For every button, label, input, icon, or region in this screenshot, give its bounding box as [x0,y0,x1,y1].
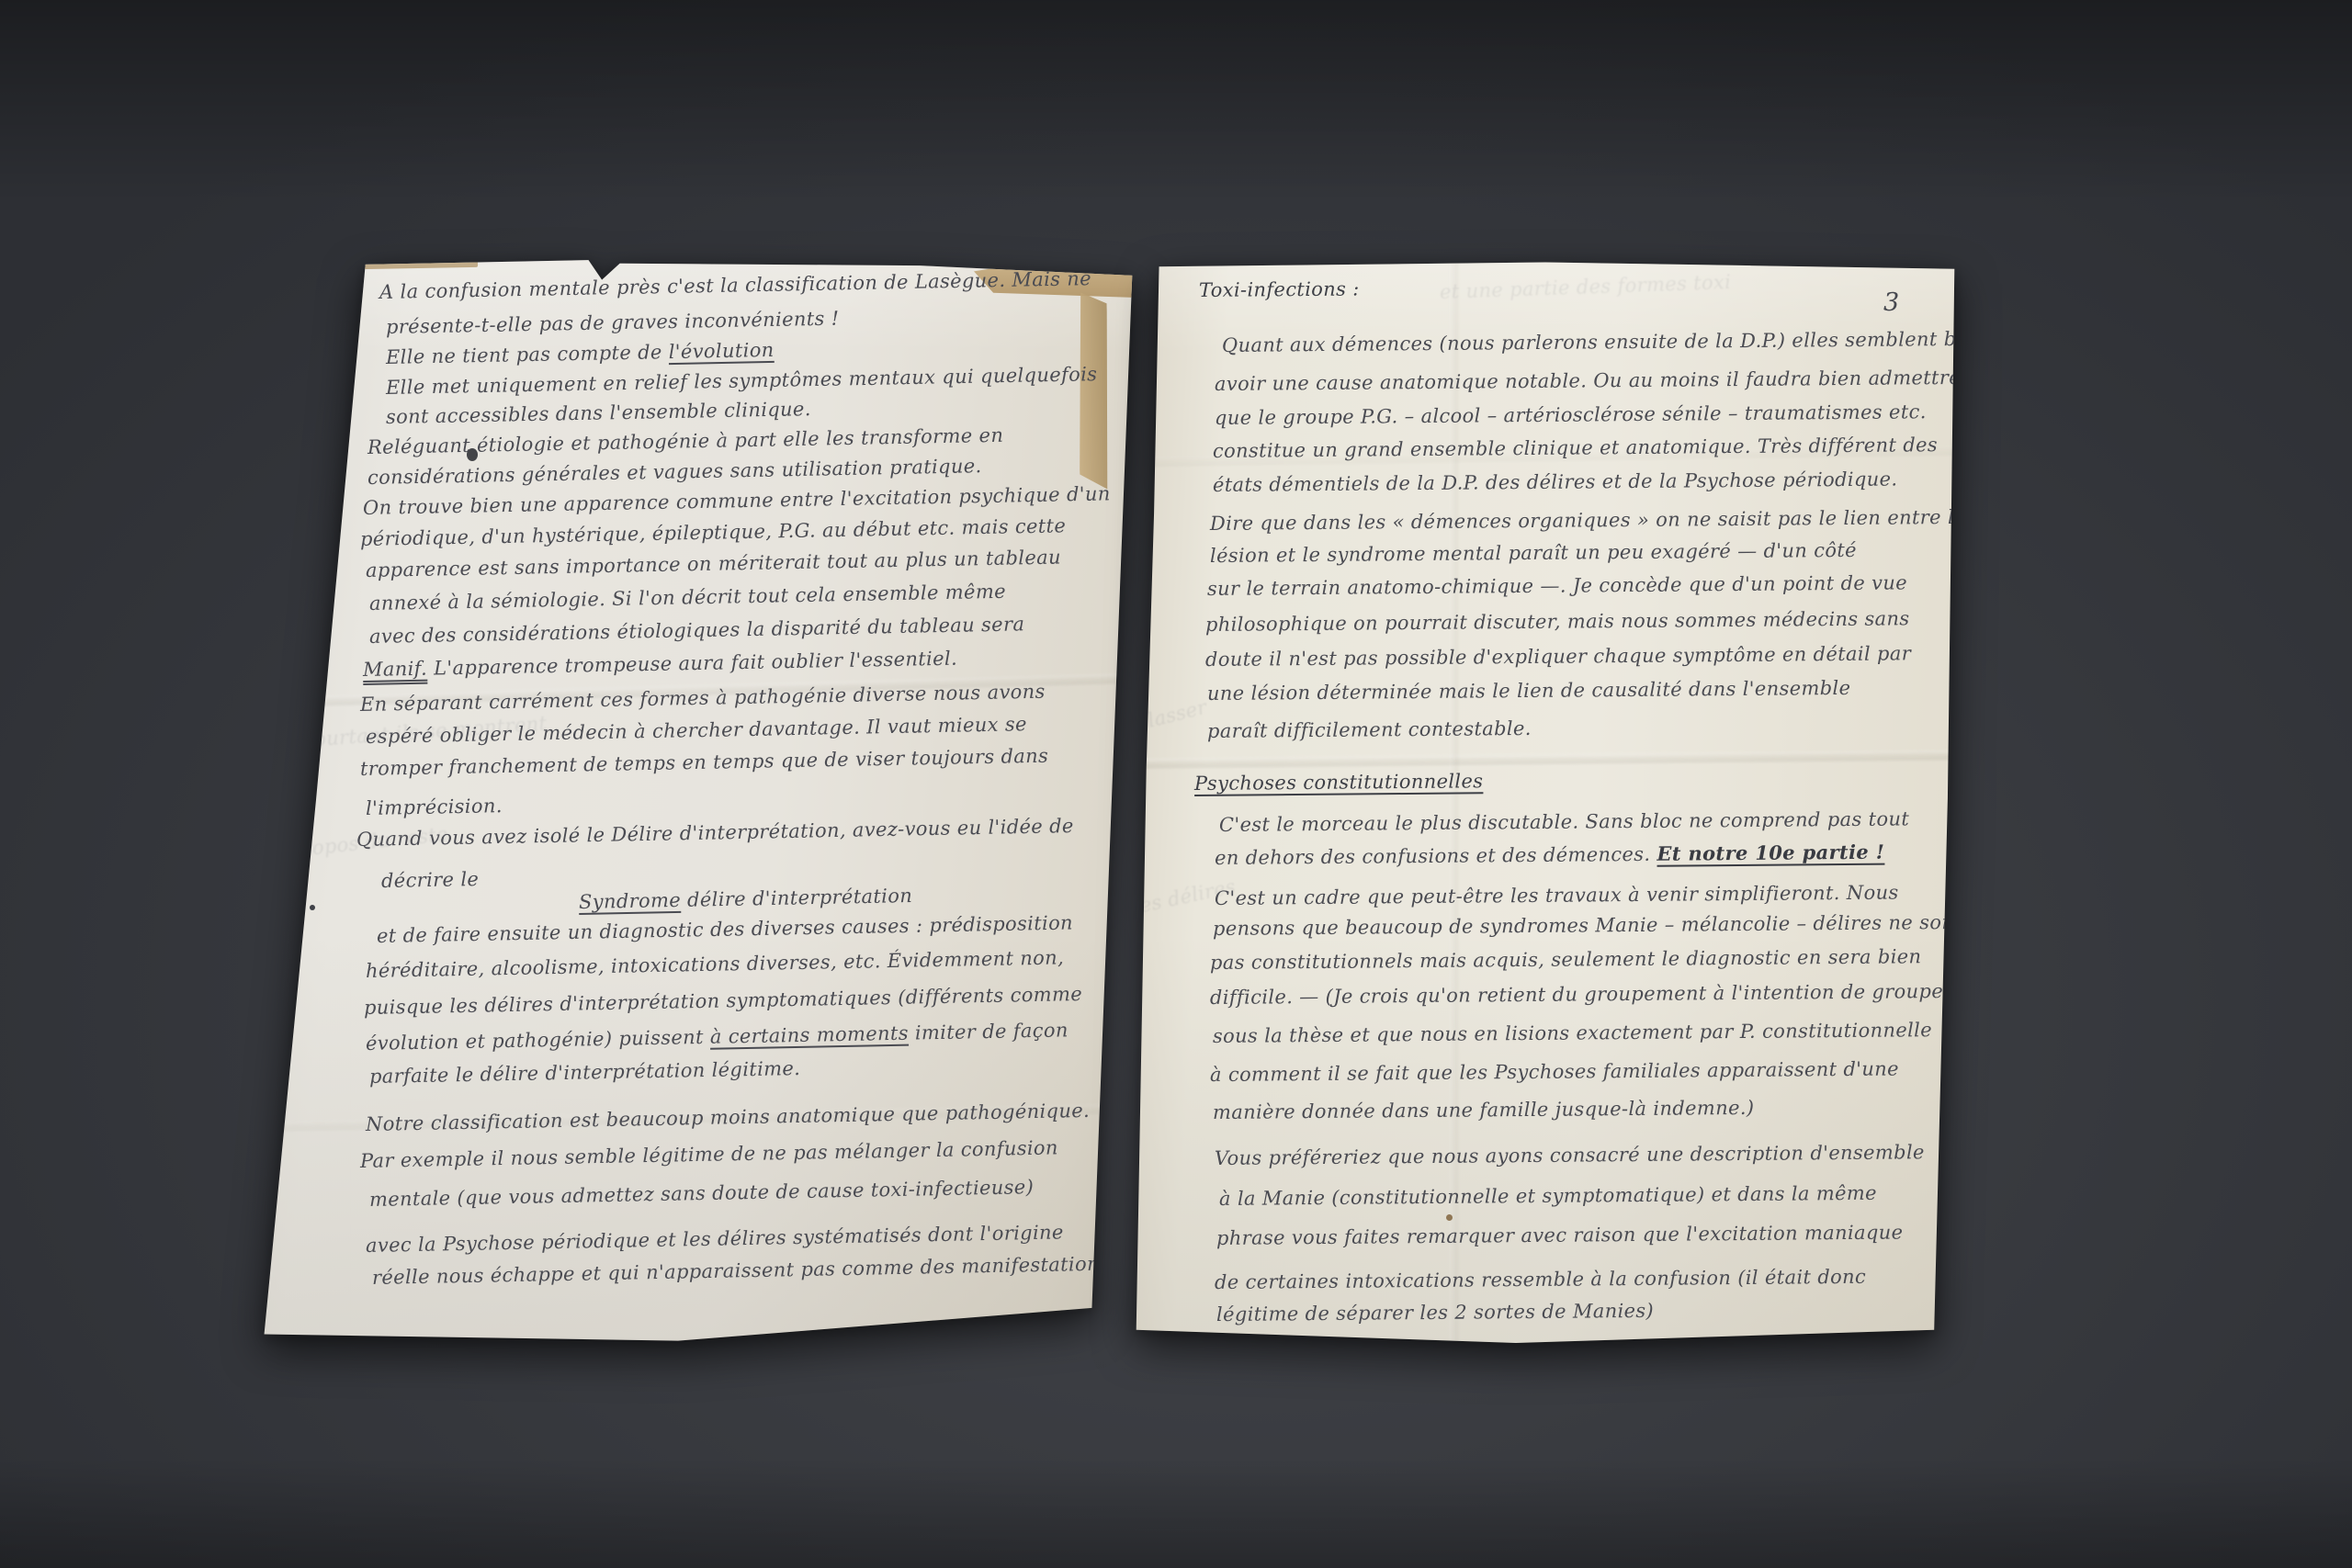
ink-bleedthrough: confusion [1691,1401,1790,1428]
handwritten-line: périodique, d'un hystérique, épileptique… [360,514,1067,550]
margin-ink-dot [310,905,315,910]
ink-bleedthrough: les délires [1132,875,1238,919]
handwritten-line: l'imprécision. [366,795,503,819]
ink-bleedthrough: et pourtant ils se montrent [275,712,548,753]
handwritten-line: pensons que beaucoup de syndromes Manie … [1213,911,1962,940]
left-page: 2 A la confusion mentale près c'est la c… [248,254,1144,1348]
underlined-phrase: Syndrome [579,889,681,913]
handwritten-line: Quant aux démences (nous parlerons ensui… [1222,328,1987,356]
underlined-phrase: Psychoses constitutionnelles [1194,770,1484,795]
right-page-paper: 3 Toxi-infections :Quant aux démences (n… [1123,254,1968,1348]
page-number: 3 [1883,288,1899,317]
handwritten-line: en dehors des confusions et des démences… [1215,840,1885,869]
handwritten-line: phrase vous faites remarquer avec raison… [1216,1221,1904,1249]
handwritten-line: décrire le [381,868,480,892]
handwritten-line: Manif. L'apparence trompeuse aura fait o… [363,648,957,681]
handwritten-line: On trouve bien une apparence commune ent… [363,482,1111,519]
handwritten-line: héréditaire, alcoolisme, intoxications d… [366,946,1065,982]
handwritten-line: A la confusion mentale près c'est la cla… [379,267,1091,303]
handwritten-line: pas constitutionnels mais acquis, seulem… [1210,945,1922,974]
handwritten-line: puisque les délires d'interprétation sym… [364,983,1082,1019]
handwritten-line: légitime de séparer les 2 sortes de Mani… [1216,1300,1654,1325]
handwritten-line: C'est le morceau le plus discutable. San… [1219,807,1909,836]
handwritten-line: Reléguant étiologie et pathogénie à part… [367,424,1004,458]
underlined-phrase: à certains moments [710,1022,909,1048]
handwritten-line: une lésion déterminée mais le lien de ca… [1207,677,1851,705]
handwritten-line: sur le terrain anatomo-chimique —. Je co… [1207,571,1907,600]
page-number: 2 [303,281,319,310]
handwritten-line: considérations générales et vagues sans … [367,455,982,489]
handwritten-line: Psychoses constitutionnelles [1194,770,1484,795]
handwritten-line: constitue un grand ensemble clinique et … [1213,434,1938,462]
handwritten-line: tromper franchement de temps en temps qu… [360,745,1049,780]
handwritten-line: sous la thèse et que nous en lisions exa… [1213,1019,1932,1047]
underlined-phrase: Et notre 10e partie ! [1657,840,1884,865]
underlined-phrase: l'évolution [668,339,774,363]
top-vignette [0,0,2352,202]
handwritten-line: réelle nous échappe et qui n'apparaissen… [372,1253,1110,1289]
handwritten-line: Toxi-infections : [1199,277,1360,301]
handwritten-line: Vous préféreriez que nous ayons consacré… [1215,1141,1925,1169]
handwritten-line: paraît difficilement contestable. [1207,717,1532,742]
handwritten-line: avec la Psychose périodique et les délir… [366,1221,1064,1257]
handwritten-line: lésion et le syndrome mental paraît un p… [1210,539,1857,567]
handwritten-line: et de faire ensuite un diagnostic des di… [377,911,1073,947]
ink-bleedthrough: et une partie des formes toxi [1440,271,1732,303]
handwritten-line: présente-t-elle pas de graves inconvénie… [386,308,840,338]
handwritten-line: difficile. — (Je crois qu'on retient du … [1210,980,1953,1009]
handwritten-line: avoir une cause anatomique notable. Ou a… [1215,367,1961,395]
underlined-phrase: Manif. [363,658,428,681]
handwritten-line: Elle met uniquement en relief les symptô… [386,363,1098,399]
handwritten-line: C'est un cadre que peut-être les travaux… [1215,882,1899,909]
left-page-paper: 2 A la confusion mentale près c'est la c… [248,254,1144,1348]
handwritten-line: Elle ne tient pas compte de l'évolution [386,339,775,368]
handwritten-line: Dire que dans les « démences organiques … [1210,506,1966,535]
handwritten-line: avec des considérations étiologiques la … [369,613,1025,648]
handwritten-line: parfaite le délire d'interprétation légi… [369,1057,801,1088]
ink-bleedthrough: classer [1135,696,1209,735]
paper-flaw-dot [1446,1214,1453,1221]
handwritten-line: doute il n'est pas possible d'expliquer … [1205,642,1911,671]
handwritten-line: sont accessibles dans l'ensemble cliniqu… [386,398,811,428]
torn-notch-top [586,254,610,265]
handwritten-line: à la Manie (constitutionnelle et symptom… [1219,1182,1877,1210]
handwritten-line: évolution et pathogénie) puissent à cert… [366,1019,1069,1055]
handwritten-line: de certaines intoxications ressemble à l… [1215,1266,1866,1293]
right-page: 3 Toxi-infections :Quant aux démences (n… [1123,254,1968,1348]
handwritten-line: Notre classification est beaucoup moins … [366,1100,1090,1135]
handwritten-line: Quand vous avez isolé le Délire d'interp… [356,815,1074,851]
handwritten-line: philosophique on pourrait discuter, mais… [1205,607,1910,636]
torn-edge-top-left [358,255,478,269]
torn-edge-right [1073,291,1113,490]
handwritten-line: annexé à la sémiologie. Si l'on décrit t… [369,581,1006,615]
handwritten-line: apparence est sans importance on mériter… [366,546,1061,581]
handwritten-line: états démentiels de la D.P. des délires … [1213,468,1898,496]
handwritten-line: Par exemple il nous semble légitime de n… [360,1136,1058,1172]
photograph-of-manuscript: { "colors": { "background": "#37393e", "… [0,0,2352,1568]
handwritten-line: à comment il se fait que les Psychoses f… [1210,1057,1899,1086]
bottom-vignette [0,1458,2352,1568]
fold-crease [1114,750,1977,769]
handwritten-line: mentale (que vous admettez sans doute de… [369,1176,1035,1211]
handwritten-line: Syndrome délire d'interprétation [579,885,913,913]
handwritten-line: que le groupe P.G. – alcool – artérioscl… [1215,400,1927,429]
handwritten-line: manière donnée dans une famille jusque-l… [1213,1097,1755,1123]
